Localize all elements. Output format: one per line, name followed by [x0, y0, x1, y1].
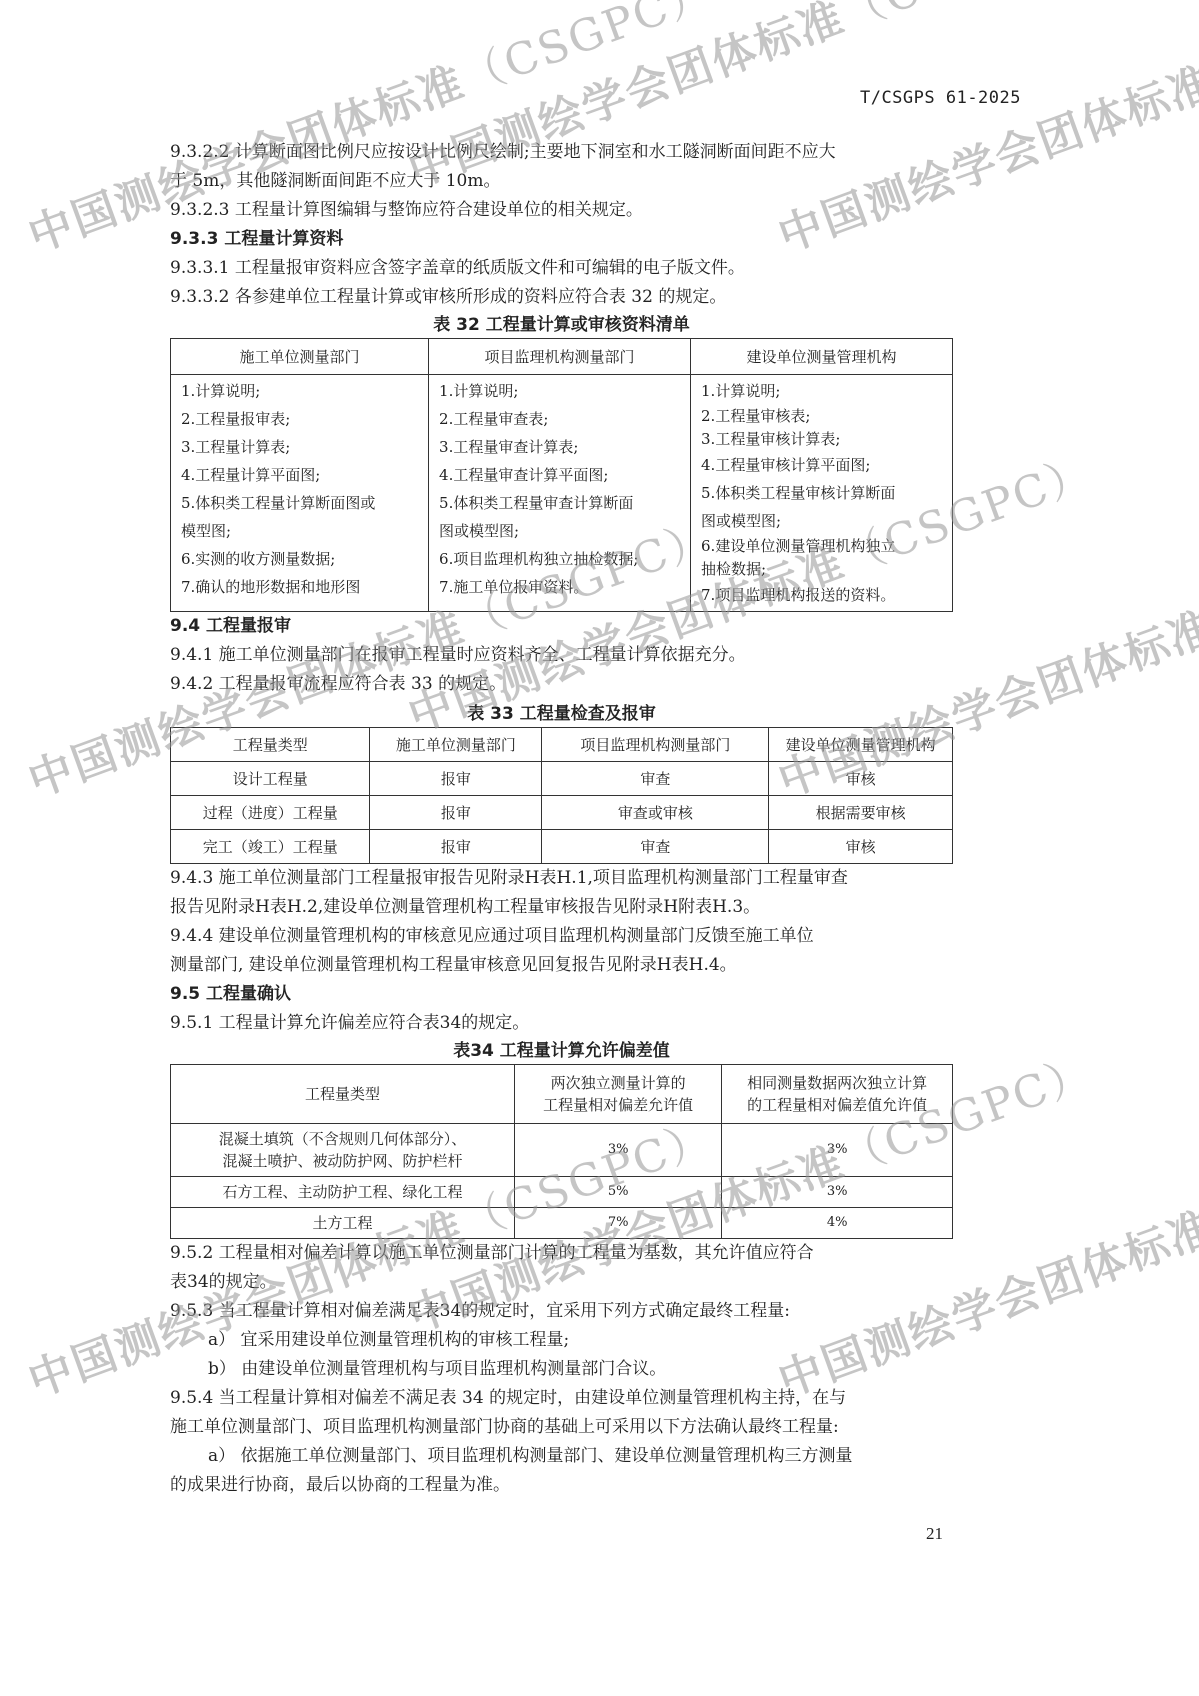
list-item: 1.计算说明; [701, 377, 942, 405]
page-number: 21 [926, 1524, 943, 1544]
list-item: 图或模型图; [701, 507, 942, 535]
table-cell: 根据需要审核 [769, 796, 953, 830]
table-cell: 报审 [370, 830, 542, 864]
list-item: 模型图; [181, 517, 418, 545]
table-cell: 报审 [370, 762, 542, 796]
list-item: 7.项目监理机构报送的资料。 [701, 581, 942, 609]
header-line: 工程量相对偏差允许值 [521, 1094, 715, 1116]
list-item: 3.工程量审核计算表; [701, 428, 942, 451]
page-content: 9.3.2.2 计算断面图比例尺应按设计比例尺绘制;主要地下洞室和水工隧洞断面间… [170, 138, 953, 1500]
list-item: 3.工程量审查计算表; [439, 433, 680, 461]
table-cell-value: 4% [722, 1208, 953, 1239]
table-header-cell: 相同测量数据两次独立计算 的工程量相对偏差值允许值 [722, 1065, 953, 1124]
header-line: 两次独立测量计算的 [521, 1072, 715, 1094]
section-heading-9-4: 9.4 工程量报审 [170, 612, 953, 641]
clause-9-5-3: 9.5.3 当工程量计算相对偏差满足表34的规定时，宜采用下列方式确定最终工程量… [170, 1297, 953, 1326]
clause-9-5-3-a: a） 宜采用建设单位测量管理机构的审核工程量; [170, 1326, 953, 1355]
table-header-cell: 建设单位测量管理机构 [769, 728, 953, 762]
section-heading-9-5: 9.5 工程量确认 [170, 980, 953, 1009]
list-item: 2.工程量报审表; [181, 405, 418, 433]
table-cell-value: 5% [515, 1177, 722, 1208]
table-row: 1.计算说明; 2.工程量报审表; 3.工程量计算表; 4.工程量计算平面图; … [171, 375, 953, 612]
table-cell: 审查 [542, 762, 769, 796]
table-cell-type: 混凝土填筑（不含规则几何体部分）、 混凝土喷护、被动防护网、防护栏杆 [171, 1124, 515, 1177]
table-row: 完工（竣工）工程量 报审 审查 审核 [171, 830, 953, 864]
list-item: 5.体积类工程量审核计算断面 [701, 479, 942, 507]
type-line: 混凝土喷护、被动防护网、防护栏杆 [177, 1150, 508, 1172]
table-row: 过程（进度）工程量 报审 审查或审核 根据需要审核 [171, 796, 953, 830]
table-row: 石方工程、主动防护工程、绿化工程 5% 3% [171, 1177, 953, 1208]
type-line: 混凝土填筑（不含规则几何体部分）、 [177, 1128, 508, 1150]
clause-9-3-2-3: 9.3.2.3 工程量计算图编辑与整饰应符合建设单位的相关规定。 [170, 196, 953, 225]
table-header-cell: 项目监理机构测量部门 [429, 339, 691, 375]
clause-9-5-1: 9.5.1 工程量计算允许偏差应符合表34的规定。 [170, 1009, 953, 1038]
list-item: 6.项目监理机构独立抽检数据; [439, 545, 680, 573]
list-item: 5.体积类工程量审查计算断面 [439, 489, 680, 517]
document-page: T/CSGPS 61-2025 9.3.2.2 计算断面图比例尺应按设计比例尺绘… [0, 0, 1199, 1696]
table-cell-type: 土方工程 [171, 1208, 515, 1239]
table-header-row: 工程量类型 施工单位测量部门 项目监理机构测量部门 建设单位测量管理机构 [171, 728, 953, 762]
list-item: 4.工程量计算平面图; [181, 461, 418, 489]
clause-9-5-3-b: b） 由建设单位测量管理机构与项目监理机构测量部门合议。 [170, 1355, 953, 1384]
clause-9-5-4-cont: 施工单位测量部门、项目监理机构测量部门协商的基础上可采用以下方法确认最终工程量: [170, 1413, 953, 1442]
clause-9-3-3-1: 9.3.3.1 工程量报审资料应含签字盖章的纸质版文件和可编辑的电子版文件。 [170, 254, 953, 283]
table-row: 土方工程 7% 4% [171, 1208, 953, 1239]
list-item: 6.建设单位测量管理机构独立 [701, 535, 942, 558]
table-33: 工程量类型 施工单位测量部门 项目监理机构测量部门 建设单位测量管理机构 设计工… [170, 727, 953, 864]
clause-9-4-1: 9.4.1 施工单位测量部门在报审工程量时应资料齐全、工程量计算依据充分。 [170, 641, 953, 670]
list-item: 抽检数据; [701, 558, 942, 581]
table-header-cell: 施工单位测量部门 [171, 339, 429, 375]
clause-9-5-4-a-cont: 的成果进行协商，最后以协商的工程量为准。 [170, 1471, 953, 1500]
table-34-caption: 表34 工程量计算允许偏差值 [170, 1038, 953, 1064]
clause-9-5-4: 9.5.4 当工程量计算相对偏差不满足表 34 的规定时，由建设单位测量管理机构… [170, 1384, 953, 1413]
list-item: 图或模型图; [439, 517, 680, 545]
table-header-cell: 工程量类型 [171, 1065, 515, 1124]
table-cell-owner: 1.计算说明; 2.工程量审核表; 3.工程量审核计算表; 4.工程量审核计算平… [691, 375, 953, 612]
list-item: 3.工程量计算表; [181, 433, 418, 461]
table-cell: 过程（进度）工程量 [171, 796, 370, 830]
list-item: 6.实测的收方测量数据; [181, 545, 418, 573]
table-header-cell: 施工单位测量部门 [370, 728, 542, 762]
table-33-caption: 表 33 工程量检查及报审 [170, 701, 953, 727]
document-code: T/CSGPS 61-2025 [860, 88, 1021, 108]
clause-9-3-3-2: 9.3.3.2 各参建单位工程量计算或审核所形成的资料应符合表 32 的规定。 [170, 283, 953, 312]
list-item: 2.工程量审查表; [439, 405, 680, 433]
table-cell: 设计工程量 [171, 762, 370, 796]
table-header-cell: 项目监理机构测量部门 [542, 728, 769, 762]
clause-9-4-2: 9.4.2 工程量报审流程应符合表 33 的规定。 [170, 670, 953, 699]
table-cell-value: 3% [722, 1124, 953, 1177]
table-32: 施工单位测量部门 项目监理机构测量部门 建设单位测量管理机构 1.计算说明; 2… [170, 338, 953, 612]
list-item: 7.施工单位报审资料。 [439, 573, 680, 601]
clause-9-4-3-cont: 报告见附录H表H.2,建设单位测量管理机构工程量审核报告见附录H附表H.3。 [170, 893, 953, 922]
clause-9-3-2-2: 9.3.2.2 计算断面图比例尺应按设计比例尺绘制;主要地下洞室和水工隧洞断面间… [170, 138, 953, 167]
table-cell: 完工（竣工）工程量 [171, 830, 370, 864]
table-cell: 审查 [542, 830, 769, 864]
table-cell: 审核 [769, 830, 953, 864]
list-item: 1.计算说明; [439, 377, 680, 405]
clause-9-4-3: 9.4.3 施工单位测量部门工程量报审报告见附录H表H.1,项目监理机构测量部门… [170, 864, 953, 893]
list-item: 4.工程量审查计算平面图; [439, 461, 680, 489]
table-header-row: 工程量类型 两次独立测量计算的 工程量相对偏差允许值 相同测量数据两次独立计算 … [171, 1065, 953, 1124]
list-item: 5.体积类工程量计算断面图或 [181, 489, 418, 517]
table-cell-value: 3% [722, 1177, 953, 1208]
table-cell: 审查或审核 [542, 796, 769, 830]
header-line: 相同测量数据两次独立计算 [728, 1072, 946, 1094]
clause-9-4-4: 9.4.4 建设单位测量管理机构的审核意见应通过项目监理机构测量部门反馈至施工单… [170, 922, 953, 951]
list-item: 4.工程量审核计算平面图; [701, 451, 942, 479]
list-item: 1.计算说明; [181, 377, 418, 405]
table-cell: 报审 [370, 796, 542, 830]
list-item: 7.确认的地形数据和地形图 [181, 573, 418, 601]
section-heading-9-3-3: 9.3.3 工程量计算资料 [170, 225, 953, 254]
table-header-cell: 建设单位测量管理机构 [691, 339, 953, 375]
header-line: 的工程量相对偏差值允许值 [728, 1094, 946, 1116]
table-row: 混凝土填筑（不含规则几何体部分）、 混凝土喷护、被动防护网、防护栏杆 3% 3% [171, 1124, 953, 1177]
table-34: 工程量类型 两次独立测量计算的 工程量相对偏差允许值 相同测量数据两次独立计算 … [170, 1064, 953, 1239]
table-cell: 审核 [769, 762, 953, 796]
table-cell-supervision: 1.计算说明; 2.工程量审查表; 3.工程量审查计算表; 4.工程量审查计算平… [429, 375, 691, 612]
clause-9-5-2: 9.5.2 工程量相对偏差计算以施工单位测量部门计算的工程量为基数，其允许值应符… [170, 1239, 953, 1268]
clause-9-5-4-a: a） 依据施工单位测量部门、项目监理机构测量部门、建设单位测量管理机构三方测量 [170, 1442, 953, 1471]
table-header-row: 施工单位测量部门 项目监理机构测量部门 建设单位测量管理机构 [171, 339, 953, 375]
table-header-cell: 两次独立测量计算的 工程量相对偏差允许值 [515, 1065, 722, 1124]
clause-9-4-4-cont: 测量部门, 建设单位测量管理机构工程量审核意见回复报告见附录H表H.4。 [170, 951, 953, 980]
table-header-cell: 工程量类型 [171, 728, 370, 762]
list-item: 2.工程量审核表; [701, 405, 942, 428]
table-32-caption: 表 32 工程量计算或审核资料清单 [170, 312, 953, 338]
table-cell-value: 3% [515, 1124, 722, 1177]
table-cell-value: 7% [515, 1208, 722, 1239]
table-row: 设计工程量 报审 审查 审核 [171, 762, 953, 796]
table-cell-construction: 1.计算说明; 2.工程量报审表; 3.工程量计算表; 4.工程量计算平面图; … [171, 375, 429, 612]
clause-9-3-2-2-cont: 于 5m，其他隧洞断面间距不应大于 10m。 [170, 167, 953, 196]
table-cell-type: 石方工程、主动防护工程、绿化工程 [171, 1177, 515, 1208]
clause-9-5-2-cont: 表34的规定。 [170, 1268, 953, 1297]
